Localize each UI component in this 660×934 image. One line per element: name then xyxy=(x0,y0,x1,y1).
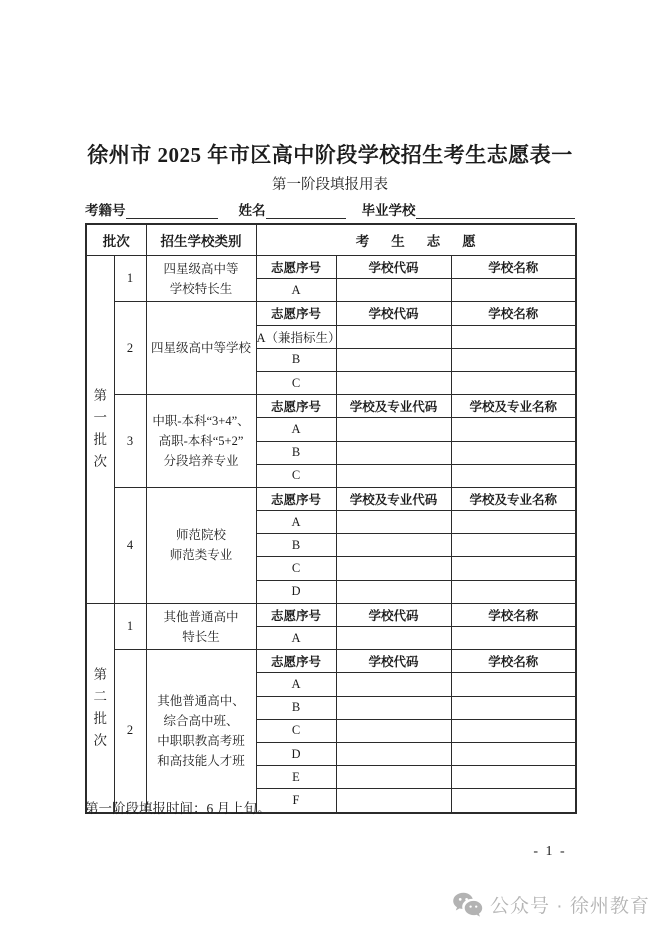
name-input-cell xyxy=(451,673,576,696)
option-label-cell: A xyxy=(256,511,336,534)
seq-header-cell: 志愿序号 xyxy=(256,487,336,510)
name-header-cell: 学校及专业名称 xyxy=(451,487,576,510)
category-cell: 师范院校师范类专业 xyxy=(146,487,256,603)
group-number-cell: 1 xyxy=(114,603,146,649)
option-label-cell: C xyxy=(256,371,336,394)
name-input-cell xyxy=(451,511,576,534)
category-cell: 其他普通高中特长生 xyxy=(146,603,256,649)
group-number-cell: 2 xyxy=(114,302,146,395)
option-label-cell: A xyxy=(256,627,336,650)
name-input-cell xyxy=(451,557,576,580)
volunteer-table-grid: 批次招生学校类别考生志愿第一批次1四星级高中等学校特长生志愿序号学校代码学校名称… xyxy=(85,223,577,814)
name-input-cell xyxy=(451,766,576,789)
name-input-cell xyxy=(451,696,576,719)
option-label-cell: B xyxy=(256,696,336,719)
document-page: 徐州市 2025 年市区高中阶段学校招生考生志愿表一 第一阶段填报用表 考籍号 … xyxy=(0,0,660,934)
graduate-school-label: 毕业学校 xyxy=(362,199,416,219)
page-number: - 1 - xyxy=(518,844,582,860)
group-number-cell: 2 xyxy=(114,650,146,813)
code-input-cell xyxy=(336,534,451,557)
wechat-watermark-text: 公众号 · 徐州教育 xyxy=(490,891,650,918)
code-input-cell xyxy=(336,673,451,696)
name-input-cell xyxy=(451,580,576,603)
footer-note: 第一阶段填报时间：6 月上旬。 xyxy=(85,797,271,817)
category-cell: 四星级高中等学校 xyxy=(146,302,256,395)
code-input-cell xyxy=(336,742,451,765)
code-input-cell xyxy=(336,719,451,742)
group-number-cell: 4 xyxy=(114,487,146,603)
code-input-cell xyxy=(336,348,451,371)
option-label-cell: C xyxy=(256,719,336,742)
graduate-school-blank xyxy=(416,203,576,219)
option-label-cell: D xyxy=(256,580,336,603)
option-label-cell: A xyxy=(256,418,336,441)
name-input-cell xyxy=(451,418,576,441)
student-info-fields: 考籍号 姓名 毕业学校 xyxy=(85,199,575,219)
name-blank xyxy=(266,203,346,219)
code-header-cell: 学校代码 xyxy=(336,302,451,325)
batch-label-1: 第一批次 xyxy=(86,256,114,604)
name-label: 姓名 xyxy=(239,199,266,219)
code-header-cell: 学校及专业代码 xyxy=(336,487,451,510)
name-input-cell xyxy=(451,719,576,742)
name-header-cell: 学校名称 xyxy=(451,256,576,279)
category-cell: 其他普通高中、综合高中班、中职职教高考班和高技能人才班 xyxy=(146,650,256,813)
name-header-cell: 学校名称 xyxy=(451,603,576,626)
seq-header-cell: 志愿序号 xyxy=(256,256,336,279)
option-label-cell: A xyxy=(256,279,336,302)
code-input-cell xyxy=(336,464,451,487)
code-header-cell: 学校代码 xyxy=(336,256,451,279)
name-header-cell: 学校及专业名称 xyxy=(451,395,576,418)
option-label-cell: D xyxy=(256,742,336,765)
group-number-cell: 3 xyxy=(114,395,146,488)
batch-label-2: 第二批次 xyxy=(86,603,114,812)
header-batch: 批次 xyxy=(86,224,146,256)
name-input-cell xyxy=(451,464,576,487)
name-input-cell xyxy=(451,325,576,348)
code-input-cell xyxy=(336,441,451,464)
wechat-watermark: 公众号 · 徐州教育 xyxy=(452,891,650,918)
code-input-cell xyxy=(336,325,451,348)
code-input-cell xyxy=(336,580,451,603)
name-input-cell xyxy=(451,279,576,302)
seq-header-cell: 志愿序号 xyxy=(256,603,336,626)
header-candidate-volunteer: 考生志愿 xyxy=(256,224,576,256)
seq-header-cell: 志愿序号 xyxy=(256,302,336,325)
code-input-cell xyxy=(336,766,451,789)
name-input-cell xyxy=(451,742,576,765)
name-input-cell xyxy=(451,534,576,557)
option-label-cell: A（兼指标生） xyxy=(256,325,336,348)
option-label-cell: A xyxy=(256,673,336,696)
code-input-cell xyxy=(336,511,451,534)
page-subtitle: 第一阶段填报用表 xyxy=(0,173,660,194)
wechat-icon xyxy=(452,892,483,918)
name-input-cell xyxy=(451,627,576,650)
code-input-cell xyxy=(336,696,451,719)
option-label-cell: E xyxy=(256,766,336,789)
code-input-cell xyxy=(336,418,451,441)
option-label-cell: B xyxy=(256,348,336,371)
code-input-cell xyxy=(336,557,451,580)
group-number-cell: 1 xyxy=(114,256,146,302)
name-input-cell xyxy=(451,789,576,813)
category-cell: 四星级高中等学校特长生 xyxy=(146,256,256,302)
page-title: 徐州市 2025 年市区高中阶段学校招生考生志愿表一 xyxy=(0,139,660,169)
exam-id-label: 考籍号 xyxy=(85,199,126,219)
category-cell: 中职-本科“3+4”、高职-本科“5+2”分段培养专业 xyxy=(146,395,256,488)
header-category: 招生学校类别 xyxy=(146,224,256,256)
exam-id-blank xyxy=(126,203,218,219)
option-label-cell: B xyxy=(256,441,336,464)
code-input-cell xyxy=(336,371,451,394)
code-header-cell: 学校代码 xyxy=(336,650,451,673)
code-header-cell: 学校及专业代码 xyxy=(336,395,451,418)
seq-header-cell: 志愿序号 xyxy=(256,650,336,673)
name-input-cell xyxy=(451,348,576,371)
option-label-cell: B xyxy=(256,534,336,557)
seq-header-cell: 志愿序号 xyxy=(256,395,336,418)
name-header-cell: 学校名称 xyxy=(451,302,576,325)
option-label-cell: C xyxy=(256,464,336,487)
code-input-cell xyxy=(336,627,451,650)
option-label-cell: C xyxy=(256,557,336,580)
name-input-cell xyxy=(451,441,576,464)
code-input-cell xyxy=(336,279,451,302)
code-input-cell xyxy=(336,789,451,813)
code-header-cell: 学校代码 xyxy=(336,603,451,626)
name-header-cell: 学校名称 xyxy=(451,650,576,673)
name-input-cell xyxy=(451,371,576,394)
